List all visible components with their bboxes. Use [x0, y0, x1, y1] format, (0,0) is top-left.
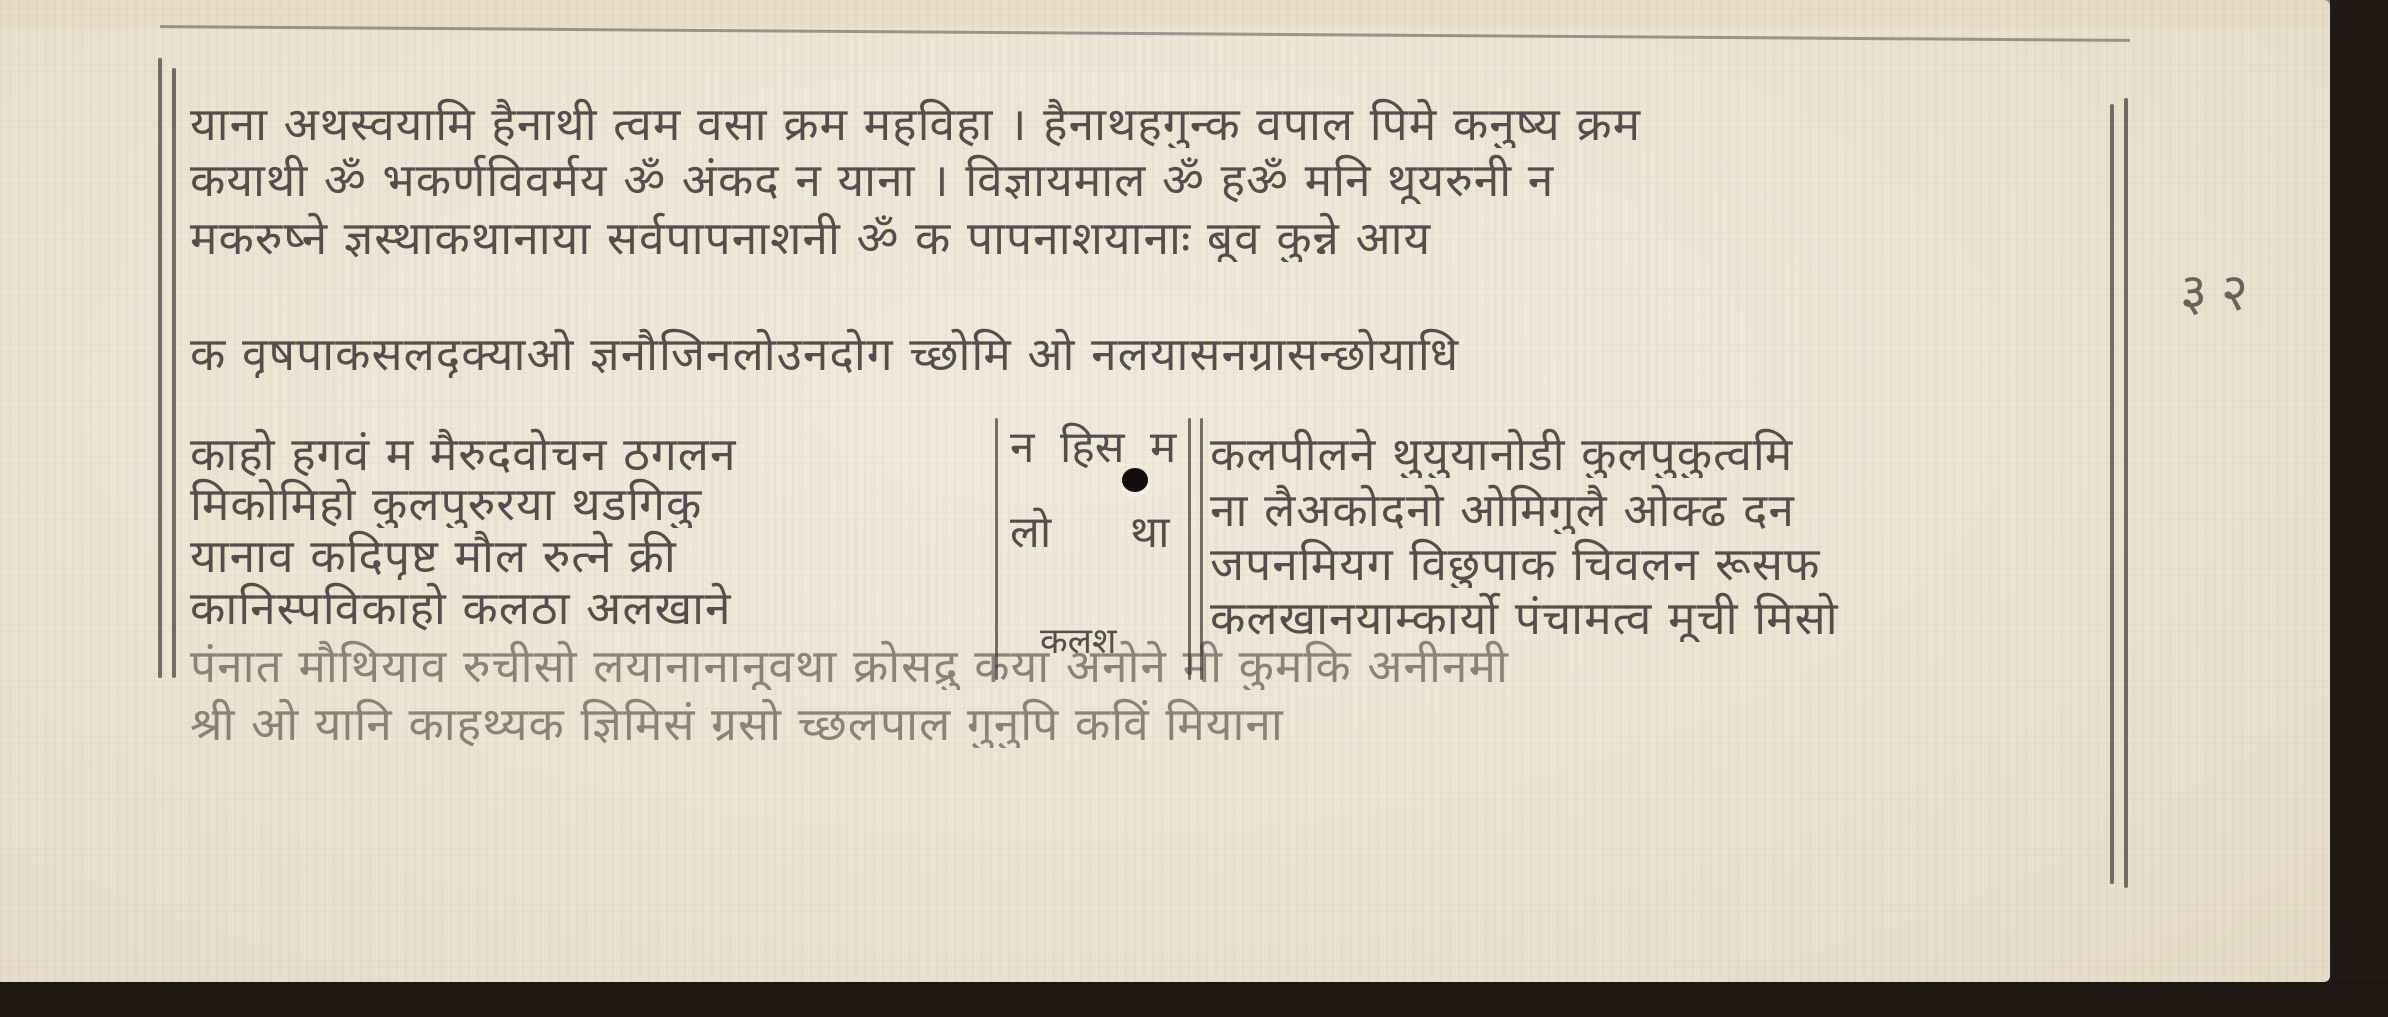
text-line-1: याना अथस्वयामि हैनाथी त्वम वसा क्रम महवि…	[190, 92, 2100, 148]
text-line-2: कयाथी ॐ भकर्णविवर्मय ॐ अंकद न याना । विज…	[190, 148, 2100, 204]
right-column-line-4: कलखानयाम्कार्यो पंचामत्व मूची मिसो	[1210, 586, 2100, 642]
center-box-top-3: म	[1150, 415, 1176, 475]
right-column-line-1: कलपीलने थुयुयानोडी कुलपुकुत्वमि	[1210, 422, 2100, 478]
text-line-4: क वृषपाकसलदृक्याओ ज्ञनौजिनलोउनदोग च्छोमि…	[190, 322, 2100, 378]
left-border-inner	[172, 68, 176, 678]
text-line-3: मकरुष्ने ज्ञस्थाकथानाया सर्वपापनाशनी ॐ क…	[190, 206, 2100, 262]
text-line-10: श्री ओ यानि काहथ्यक ज्ञिमिसं ग्रसो च्छलप…	[190, 692, 1990, 748]
right-border-inner	[2110, 104, 2114, 884]
text-line-7-left: यानाव कदिपृष्ट मौल रुत्ने क्री	[190, 524, 990, 580]
text-line-6-left: मिकोमिहो कुलपुरुरया थडगिकु	[190, 472, 990, 528]
manuscript-page: याना अथस्वयामि हैनाथी त्वम वसा क्रम महवि…	[0, 0, 2330, 982]
binding-hole	[1122, 468, 1148, 492]
center-box-mid-1: लो	[1010, 500, 1051, 560]
center-box-bottom: कलश	[1040, 615, 1117, 664]
text-line-9: पंनात मौथियाव रुचीसो लयानानानूवथा क्रोसद…	[190, 634, 2100, 690]
right-border-outer	[2124, 98, 2128, 888]
right-column-line-3: जपनमियग विछुपाक चिवलन रूसफ	[1210, 532, 2100, 588]
right-column-line-2: ना लैअकोदनो ओमिगुलै ओक्ढ दन	[1210, 478, 2100, 534]
background-right	[2330, 0, 2388, 1017]
background-bottom	[0, 982, 2388, 1017]
center-box-top-1: न	[1010, 415, 1034, 475]
center-box-mid-2: था	[1130, 500, 1170, 560]
text-line-8-left: कानिस्पविकाहो कलठा अलखाने	[190, 576, 990, 632]
text-line-5-left: काहो हगवं म मैरुदवोचन ठगलन	[190, 422, 990, 478]
folio-number: ३२	[2180, 255, 2262, 326]
left-border-outer	[158, 58, 162, 678]
center-box-top-2: हिस	[1060, 415, 1125, 475]
